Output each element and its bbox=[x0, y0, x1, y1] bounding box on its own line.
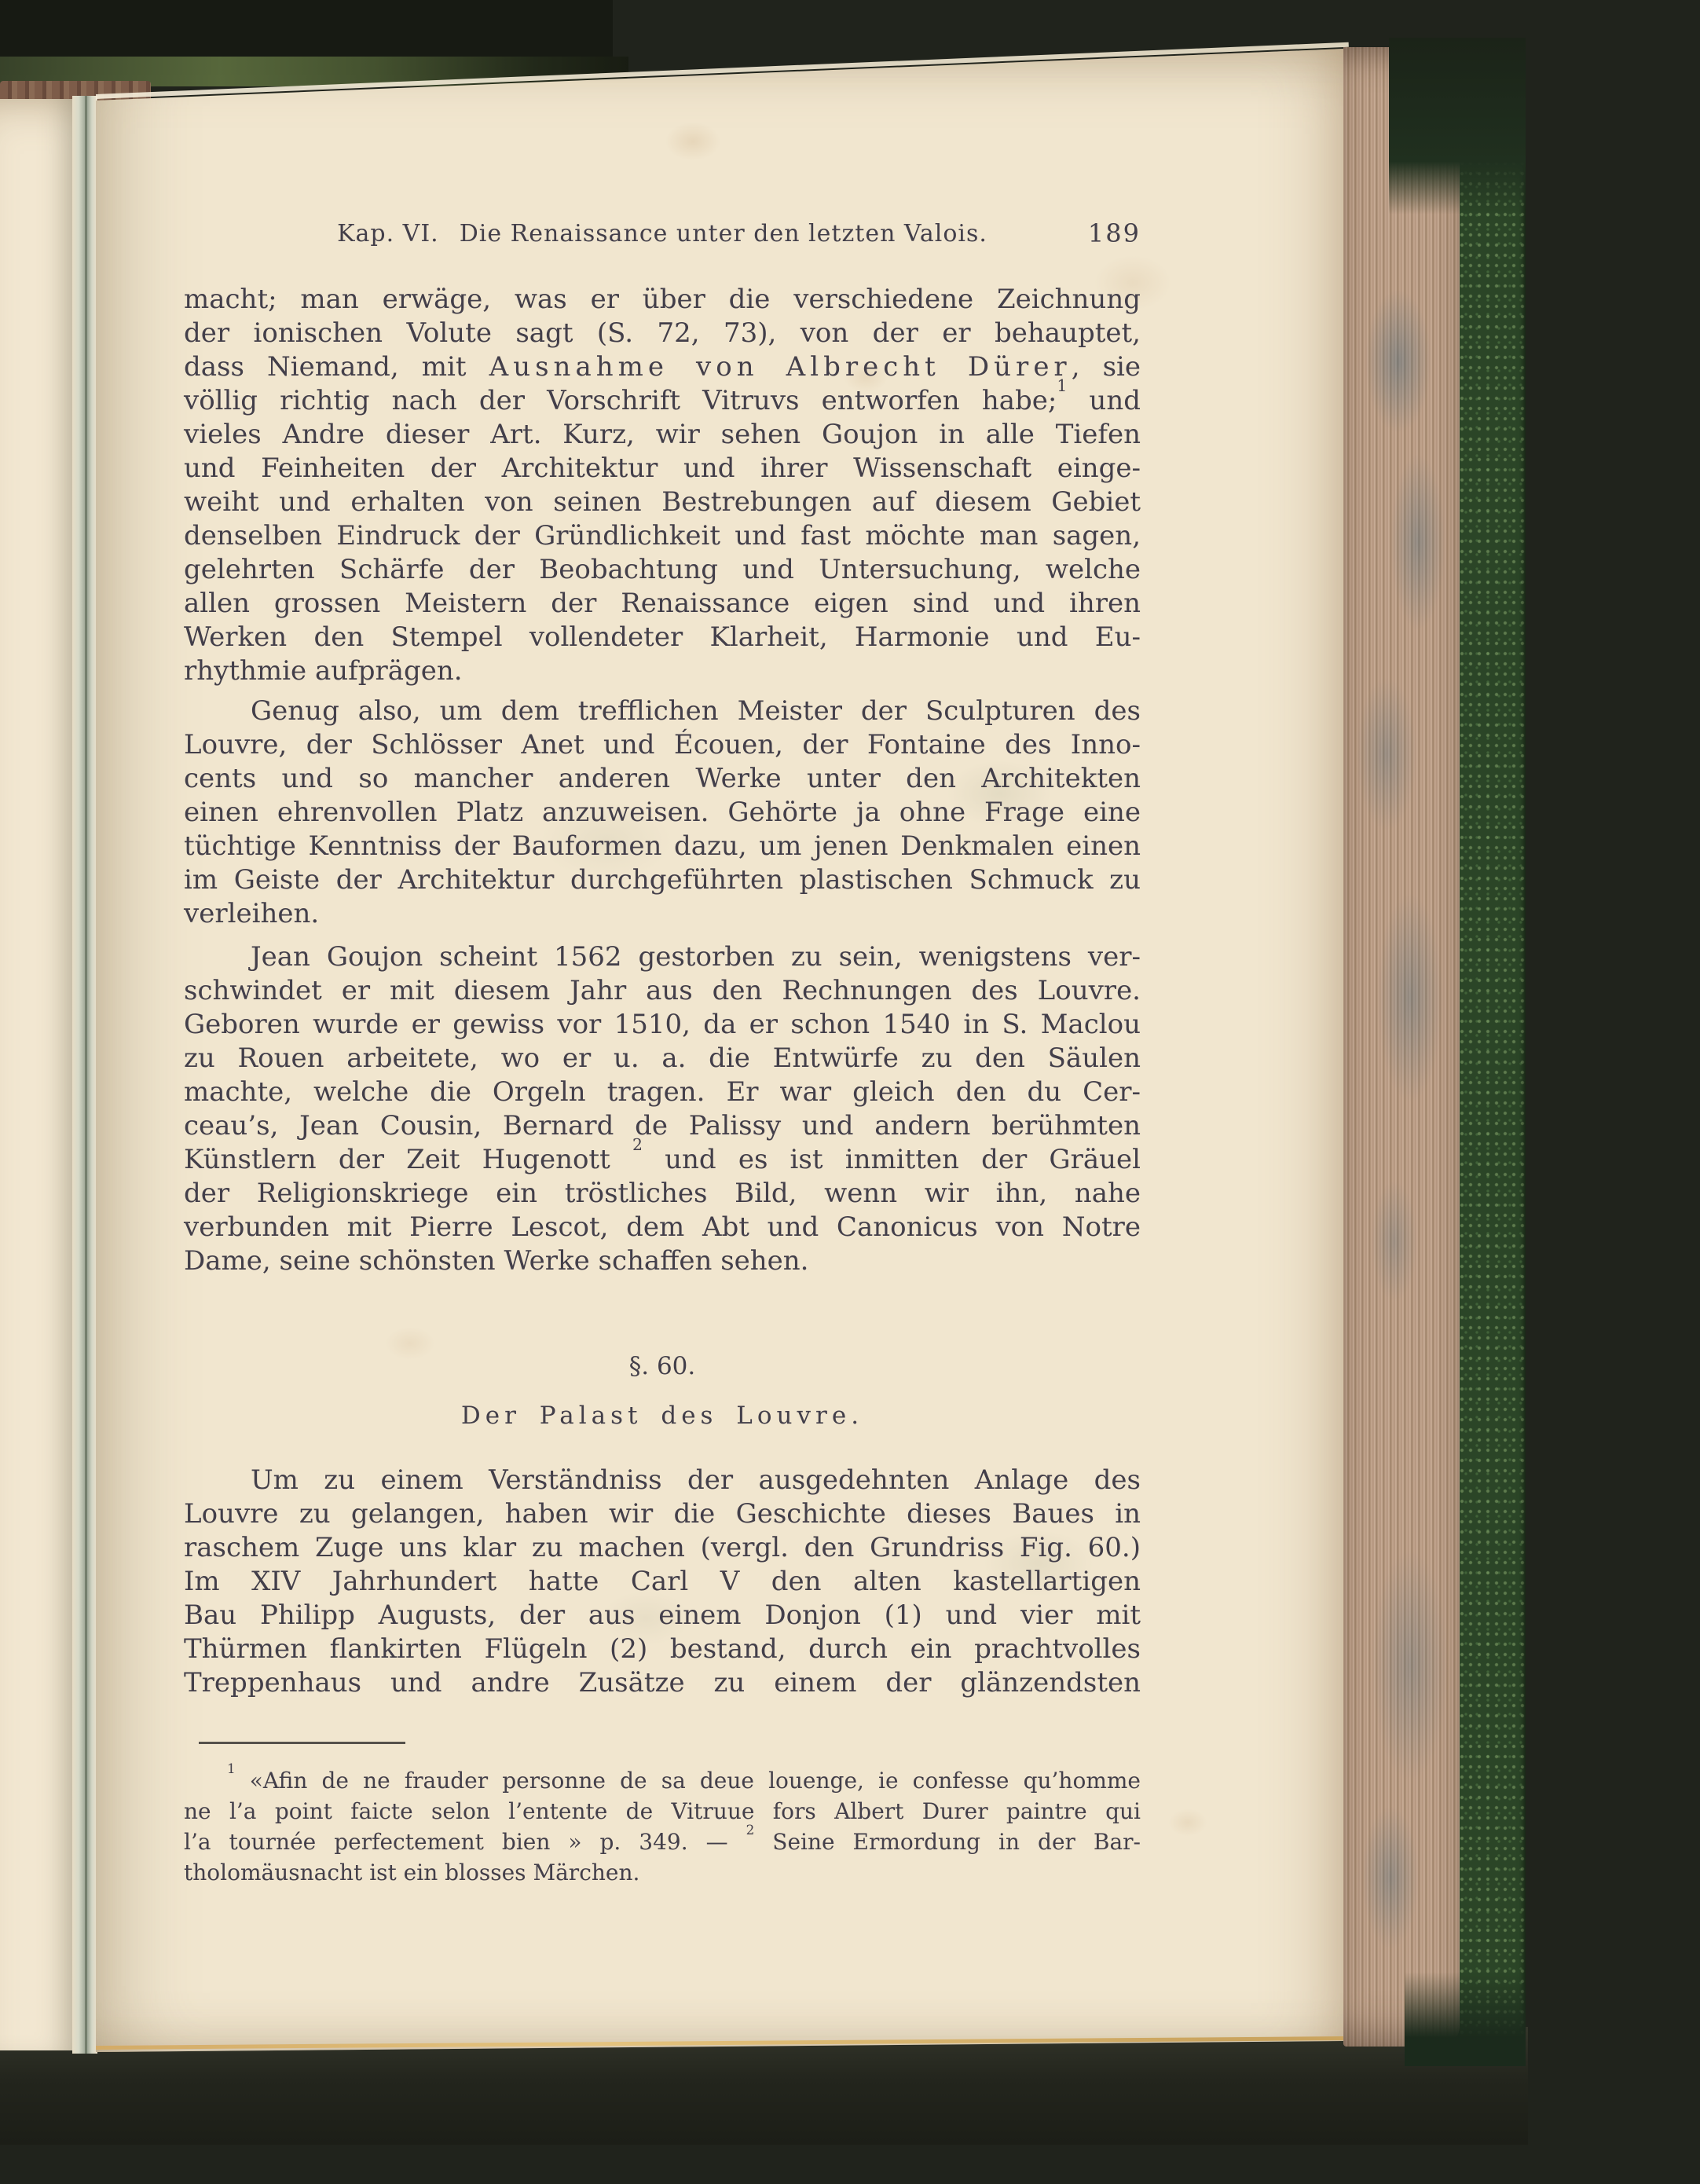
text-line: macht; man erwäge, was er über die versc… bbox=[184, 283, 1141, 317]
text-line: Treppenhaus und andre Zusätze zu einem d… bbox=[184, 1666, 1141, 1700]
text-line: denselben Eindruck der Gründlichkeit und… bbox=[184, 519, 1141, 553]
text-line: l’a tournée perfectement bien » p. 349. … bbox=[184, 1827, 1141, 1857]
footnote: 1 «Afin de ne frauder personne de sa deu… bbox=[184, 1765, 1141, 1888]
section-number: §. 60. bbox=[184, 1352, 1141, 1380]
text-line: Louvre, der Schlösser Anet und Écouen, d… bbox=[184, 728, 1141, 762]
text-line: machte, welche die Orgeln tragen. Er war… bbox=[184, 1076, 1141, 1109]
text-line: gelehrten Schärfe der Beobachtung und Un… bbox=[184, 553, 1141, 587]
chapter-title: Die Renaissance unter den letzten Valois… bbox=[460, 220, 987, 247]
text-line: Dame, seine schönsten Werke schaffen seh… bbox=[184, 1244, 1141, 1278]
page-number: 189 bbox=[1088, 218, 1141, 248]
text-line: und Feinheiten der Architektur und ihrer… bbox=[184, 452, 1141, 486]
text-line: tholomäusnacht ist ein blosses Märchen. bbox=[184, 1857, 1141, 1888]
text-line: Künstlern der Zeit Hugenott 2 und es ist… bbox=[184, 1143, 1141, 1177]
gutter-crack-line bbox=[85, 96, 87, 2054]
text-line: rhythmie aufprägen. bbox=[184, 654, 1141, 688]
paragraph: macht; man erwäge, was er über die versc… bbox=[184, 283, 1141, 688]
text-line: Um zu einem Verständniss der ausgedehnte… bbox=[184, 1464, 1141, 1497]
text-line: vieles Andre dieser Art. Kurz, wir sehen… bbox=[184, 418, 1141, 452]
text-line: zu Rouen arbeitete, wo er u. a. die Entw… bbox=[184, 1042, 1141, 1076]
running-header: Kap. VI.Die Renaissance unter den letzte… bbox=[184, 220, 1141, 247]
text-line: völlig richtig nach der Vorschrift Vitru… bbox=[184, 384, 1141, 418]
text-line: allen grossen Meistern der Renaissance e… bbox=[184, 587, 1141, 621]
text-line: Thürmen flankirten Flügeln (2) bestand, … bbox=[184, 1633, 1141, 1666]
paragraph: Genug also, um dem trefflichen Meister d… bbox=[184, 694, 1141, 931]
text-line: tüchtige Kenntniss der Bauformen dazu, u… bbox=[184, 830, 1141, 863]
book-scan: Kap. VI.Die Renaissance unter den letzte… bbox=[0, 0, 1700, 2184]
text-line: weiht und erhalten von seinen Bestrebung… bbox=[184, 486, 1141, 519]
text-line: Bau Philipp Augusts, der aus einem Donjo… bbox=[184, 1599, 1141, 1633]
text-line: schwindet er mit diesem Jahr aus den Rec… bbox=[184, 974, 1141, 1008]
gutter-fold bbox=[72, 96, 97, 2054]
text-line: verleihen. bbox=[184, 897, 1141, 931]
facing-page-sliver bbox=[0, 99, 72, 2050]
text-line: der Religionskriege ein tröstliches Bild… bbox=[184, 1177, 1141, 1211]
cover-board-right bbox=[1460, 38, 1526, 2066]
fore-edge-mottling bbox=[1343, 47, 1460, 2047]
text-line: Geboren wurde er gewiss vor 1510, da er … bbox=[184, 1008, 1141, 1042]
footnote-rule bbox=[199, 1742, 405, 1744]
text-line: Werken den Stempel vollendeter Klarheit,… bbox=[184, 621, 1141, 654]
text-line: einen ehrenvollen Platz anzuweisen. Gehö… bbox=[184, 796, 1141, 830]
text-line: verbunden mit Pierre Lescot, dem Abt und… bbox=[184, 1211, 1141, 1244]
text-line: raschem Zuge uns klar zu machen (vergl. … bbox=[184, 1531, 1141, 1565]
paragraph: Um zu einem Verständniss der ausgedehnte… bbox=[184, 1464, 1141, 1700]
chapter-label: Kap. VI. bbox=[337, 220, 439, 247]
text-line: 1 «Afin de ne frauder personne de sa deu… bbox=[184, 1765, 1141, 1796]
text-line: dass Niemand, mit Ausnahme von Albrecht … bbox=[184, 350, 1141, 384]
text-line: ne l’a point faicte selon l’entente de V… bbox=[184, 1796, 1141, 1827]
cover-leather-turn-in-top bbox=[1389, 38, 1526, 214]
section-title: Der Palast des Louvre. bbox=[184, 1402, 1141, 1430]
paragraph: Jean Goujon scheint 1562 gestorben zu se… bbox=[184, 940, 1141, 1278]
text-line: cents und so mancher anderen Werke unter… bbox=[184, 762, 1141, 796]
fore-edge-page-stack bbox=[1343, 47, 1460, 2047]
book-page: Kap. VI.Die Renaissance unter den letzte… bbox=[96, 47, 1343, 2052]
text-line: Louvre zu gelangen, haben wir die Geschi… bbox=[184, 1497, 1141, 1531]
text-line: Im XIV Jahrhundert hatte Carl V den alte… bbox=[184, 1565, 1141, 1599]
text-line: Jean Goujon scheint 1562 gestorben zu se… bbox=[184, 940, 1141, 974]
text-line: ceau’s, Jean Cousin, Bernard de Palissy … bbox=[184, 1109, 1141, 1143]
text-line: der ionischen Volute sagt (S. 72, 73), v… bbox=[184, 317, 1141, 350]
text-line: Genug also, um dem trefflichen Meister d… bbox=[184, 694, 1141, 728]
text-line: im Geiste der Architektur durchgeführten… bbox=[184, 863, 1141, 897]
cover-leather-turn-in-bottom bbox=[1405, 1972, 1526, 2066]
